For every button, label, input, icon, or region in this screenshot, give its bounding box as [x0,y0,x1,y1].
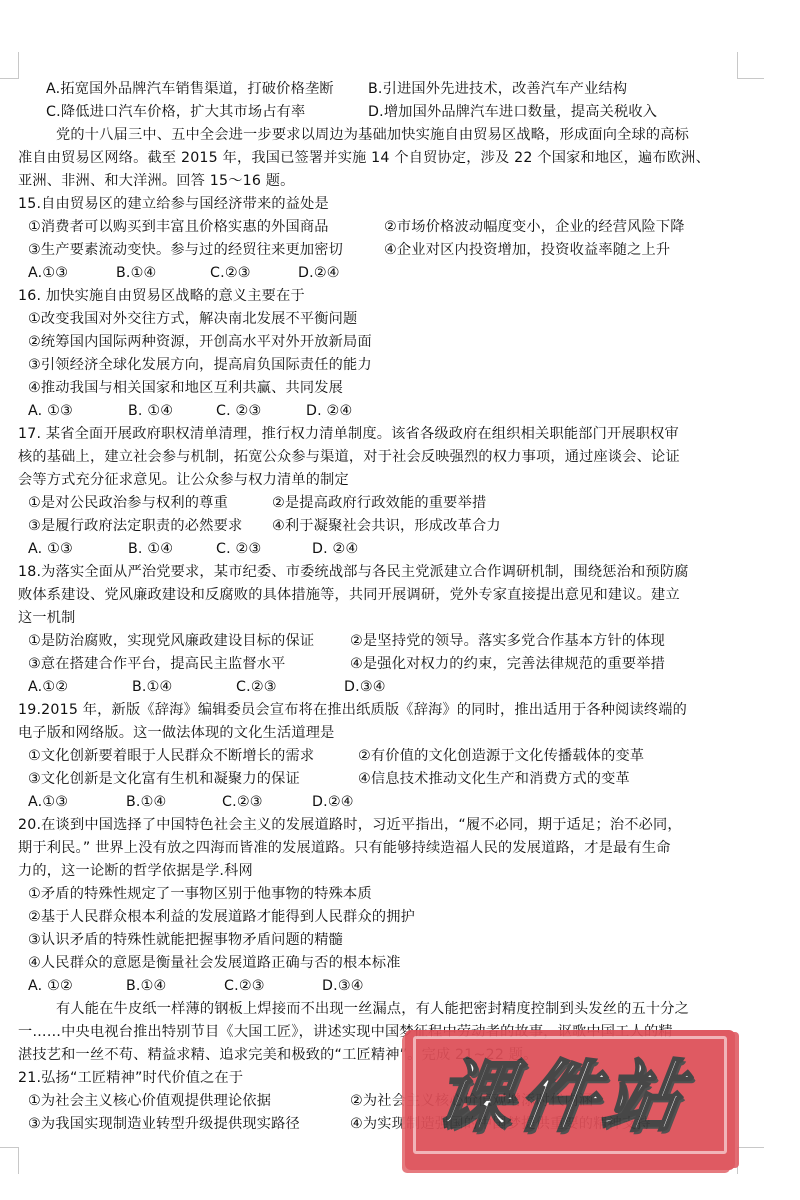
q17-answer-d: D. ②④ [312,541,358,557]
q17-stem-line-3: 会等方式充分征求意见。让公众参与权力清单的制定 [18,469,738,492]
q18-answer-b: B.①④ [132,676,236,699]
q18-answer-d: D.③④ [344,679,386,695]
q18-item-2: ②是坚持党的领导。落实多党合作基本方针的体现 [350,633,665,649]
q18-item-3: ③意在搭建合作平台，提高民主监督水平 [28,653,350,676]
q16-item-2: ②统筹国内国际两种资源，开创高水平对外开放新局面 [18,331,738,354]
q20-item-4: ④人民群众的意愿是衡量社会发展道路正确与否的根本标准 [18,952,738,975]
q15-item-2: ②市场价格波动幅度变小，企业的经营风险下降 [384,219,685,235]
q15-items-row-2: ③生产要素流动变快。参与过的经贸往来更加密切④企业对区内投资增加，投资收益率随之… [18,239,738,262]
q17-item-3: ③是履行政府法定职责的必然要求 [28,515,272,538]
q20-item-2: ②基于人民群众根本利益的发展道路才能得到人民群众的拥护 [18,906,738,929]
q17-item-2: ②是提高政府行政效能的重要举措 [272,495,486,511]
q17-stem-line-1: 17. 某省全面开展政府职权清单清理，推行权力清单制度。该省各级政府在组织相关职… [18,423,738,446]
q16-item-3: ③引领经济全球化发展方向，提高肩负国际责任的能力 [18,354,738,377]
q19-item-4: ④信息技术推动文化生产和消费方式的变革 [358,771,630,787]
q19-stem-line-2: 电子版和网络版。这一做法体现的文化生活道理是 [18,722,738,745]
q20-answer-b: B.①④ [126,975,224,998]
q15-answer-b: B.①④ [116,262,210,285]
q14-option-c: C.降低进口汽车价格，扩大其市场占有率 [46,101,368,124]
q20-answer-c: C.②③ [224,975,322,998]
q19-answer-b: B.①④ [126,791,222,814]
document-page: A.拓宽国外品牌汽车销售渠道，打破价格垄断B.引进国外先进技术，改善汽车产业结构… [0,0,800,1200]
q21-item-3: ③为我国实现制造业转型升级提供现实路径 [28,1113,350,1136]
q15-items-row-1: ①消费者可以购买到丰富且价格实惠的外国商品②市场价格波动幅度变小，企业的经营风险… [18,216,738,239]
q15-answer-c: C.②③ [210,262,298,285]
page-corner-mark-top-left [0,52,19,79]
q21-item-1: ①为社会主义核心价值观提供理论依据 [28,1090,350,1113]
q17-answer-c: C. ②③ [216,538,312,561]
q14-options-row-2: C.降低进口汽车价格，扩大其市场占有率D.增加国外品牌汽车进口数量，提高关税收入 [18,101,738,124]
q15-item-3: ③生产要素流动变快。参与过的经贸往来更加密切 [28,239,384,262]
q17-answers: A. ①③B. ①④C. ②③D. ②④ [18,538,738,561]
q15-stem: 15.自由贸易区的建立给参与国经济带来的益处是 [18,193,738,216]
passage-15-16-line-1: 党的十八届三中、五中全会进一步要求以周边为基础加快实施自由贸易区战略，形成面向全… [18,124,738,147]
q18-items-row-1: ①是防治腐败，实现党风廉政建设目标的保证②是坚持党的领导。落实多党合作基本方针的… [18,630,738,653]
q15-answer-a: A.①③ [28,262,116,285]
q20-stem-line-3: 力的，这一论断的哲学依据是学.科网 [18,860,738,883]
q18-items-row-2: ③意在搭建合作平台，提高民主监督水平④是强化对权力的约束，完善法律规范的重要举措 [18,653,738,676]
q16-item-4: ④推动我国与相关国家和地区互利共赢、共同发展 [18,377,738,400]
q19-answers: A.①③B.①④C.②③D.②④ [18,791,738,814]
q17-items-row-2: ③是履行政府法定职责的必然要求④利于凝聚社会共识，形成改革合力 [18,515,738,538]
q20-item-1: ①矛盾的特殊性规定了一事物区别于他事物的特殊本质 [18,883,738,906]
q14-option-b: B.引进国外先进技术，改善汽车产业结构 [368,81,627,97]
q14-option-a: A.拓宽国外品牌汽车销售渠道，打破价格垄断 [46,78,368,101]
q15-item-4: ④企业对区内投资增加，投资收益率随之上升 [384,242,670,258]
q17-stem-line-2: 核的基础上，建立社会参与机制，拓宽公众参与渠道，对于社会反映强烈的权力事项，通过… [18,446,738,469]
q16-answers: A. ①③B. ①④C. ②③D. ②④ [18,400,738,423]
q18-stem-line-3: 这一机制 [18,607,738,630]
q19-item-1: ①文化创新要着眼于人民群众不断增长的需求 [28,745,358,768]
q17-answer-a: A. ①③ [28,538,128,561]
q19-item-2: ②有价值的文化创造源于文化传播载体的变革 [358,748,644,764]
q18-stem-line-2: 败体系建设、党风廉政建设和反腐败的具体措施等，共同开展调研，党外专家直接提出意见… [18,584,738,607]
q20-stem-line-2: 期于利民。” 世界上没有放之四海而皆准的发展道路。只有能够持续造福人民的发展道路… [18,837,738,860]
watermark-stamp: 课件站 [405,1030,735,1170]
q17-item-1: ①是对公民政治参与权利的尊重 [28,492,272,515]
q16-answer-d: D. ②④ [306,403,352,419]
page-corner-mark-bottom-left [0,1147,19,1174]
page-corner-mark-bottom-right [737,1147,764,1174]
q14-options-row-1: A.拓宽国外品牌汽车销售渠道，打破价格垄断B.引进国外先进技术，改善汽车产业结构 [18,78,738,101]
q16-item-1: ①改变我国对外交往方式，解决南北发展不平衡问题 [18,308,738,331]
q20-answers: A. ①②B.①④C.②③D.③④ [18,975,738,998]
q17-items-row-1: ①是对公民政治参与权利的尊重②是提高政府行政效能的重要举措 [18,492,738,515]
q16-answer-a: A. ①③ [28,400,128,423]
q19-answer-c: C.②③ [222,791,312,814]
passage-15-16-line-2: 准自由贸易区网络。截至 2015 年，我国已签署并实施 14 个自贸协定，涉及 … [18,147,738,170]
q20-item-3: ③认识矛盾的特殊性就能把握事物矛盾问题的精髓 [18,929,738,952]
q19-items-row-1: ①文化创新要着眼于人民群众不断增长的需求②有价值的文化创造源于文化传播载体的变革 [18,745,738,768]
q19-item-3: ③文化创新是文化富有生机和凝聚力的保证 [28,768,358,791]
passage-15-16-line-3: 亚洲、非洲、和大洋洲。回答 15～16 题。 [18,170,738,193]
q16-stem: 16. 加快实施自由贸易区战略的意义主要在于 [18,285,738,308]
q19-items-row-2: ③文化创新是文化富有生机和凝聚力的保证④信息技术推动文化生产和消费方式的变革 [18,768,738,791]
q18-item-1: ①是防治腐败，实现党风廉政建设目标的保证 [28,630,350,653]
q15-answer-d: D.②④ [298,265,340,281]
q15-answers: A.①③B.①④C.②③D.②④ [18,262,738,285]
page-corner-mark-top-right [737,52,764,79]
q14-option-d: D.增加国外品牌汽车进口数量，提高关税收入 [368,104,657,120]
q20-stem-line-1: 20.在谈到中国选择了中国特色社会主义的发展道路时，习近平指出，“履不必同，期于… [18,814,738,837]
q20-answer-a: A. ①② [28,975,126,998]
q18-stem-line-1: 18.为落实全面从严治党要求，某市纪委、市委统战部与各民主党派建立合作调研机制，… [18,561,738,584]
q16-answer-c: C. ②③ [216,400,306,423]
watermark-logo-text: 课件站 [429,1058,692,1138]
q17-item-4: ④利于凝聚社会共识，形成改革合力 [272,518,501,534]
passage-21-22-line-1: 有人能在牛皮纸一样薄的钢板上焊接而不出现一丝漏点，有人能把密封精度控制到头发丝的… [18,998,738,1021]
q19-stem-line-1: 19.2015 年，新版《辞海》编辑委员会宣布将在推出纸质版《辞海》的同时，推出… [18,699,738,722]
q18-answer-a: A.①② [28,676,132,699]
q18-answer-c: C.②③ [236,676,344,699]
q18-item-4: ④是强化对权力的约束，完善法律规范的重要举措 [350,656,665,672]
q19-answer-d: D.②④ [312,794,354,810]
q20-answer-d: D.③④ [322,978,364,994]
q17-answer-b: B. ①④ [128,538,216,561]
q15-item-1: ①消费者可以购买到丰富且价格实惠的外国商品 [28,216,384,239]
document-body: A.拓宽国外品牌汽车销售渠道，打破价格垄断B.引进国外先进技术，改善汽车产业结构… [18,78,738,1136]
q16-answer-b: B. ①④ [128,400,216,423]
q19-answer-a: A.①③ [28,791,126,814]
q18-answers: A.①②B.①④C.②③D.③④ [18,676,738,699]
